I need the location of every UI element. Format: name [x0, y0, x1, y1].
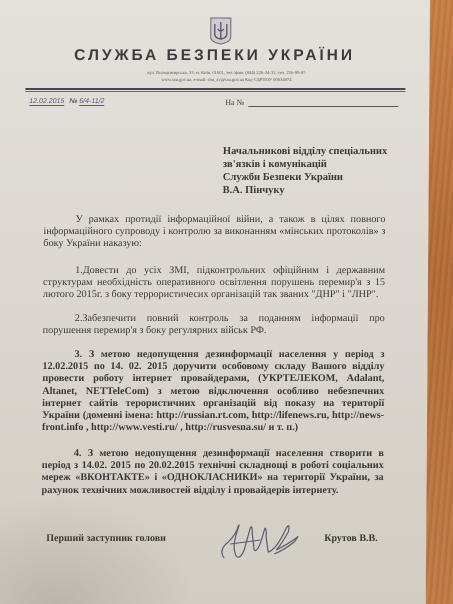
- reference-label: На №: [225, 98, 244, 107]
- signatory-position: Перший заступник голови: [46, 533, 166, 544]
- letter-page: СЛУЖБА БЕЗПЕКИ УКРАЇНИ вул. Володимирськ…: [0, 0, 430, 604]
- contact-line-2: www.ssu.gov.ua, e-mail: sbu_zv@ssu.gov.u…: [0, 76, 453, 83]
- organization-title: СЛУЖБА БЕЗПЕКИ УКРАЇНИ: [0, 47, 430, 65]
- registration-number: 6/4-11/2: [79, 98, 104, 106]
- reference-blank-line: [248, 98, 398, 107]
- item-3: 3. З метою недопущення дезинформації нас…: [42, 349, 385, 434]
- item-4: 4. З метою недопущення дезинформації нас…: [42, 448, 384, 497]
- signatory-name: Крутов В.В.: [324, 533, 378, 544]
- handwritten-signature-icon: [216, 520, 306, 562]
- item-text: Довести до усіх ЗМІ, підконтрольних офіц…: [43, 265, 385, 300]
- header-divider: [25, 88, 405, 90]
- item-number: 2.: [75, 313, 83, 324]
- trident-emblem-icon: [210, 17, 232, 45]
- registration-line: 12.02.2015 № 6/4-11/2: [29, 98, 107, 105]
- registration-number-prefix: №: [69, 98, 77, 105]
- item-text: Забезпечити повний контроль за поданням …: [43, 313, 385, 336]
- contact-line-1: вул. Володимирська, 33, м. Київ, 01601, …: [0, 69, 453, 76]
- addressee-line: Начальникові відділу спеціальних: [223, 145, 387, 158]
- addressee-line: зв'язків і комунікацій: [223, 158, 387, 171]
- item-text: З метою недопущення дезинформації населе…: [42, 448, 384, 496]
- item-number: 4.: [74, 448, 82, 459]
- item-number: 1.: [75, 265, 83, 276]
- addressee-block: Начальникові відділу спеціальних зв'язкі…: [223, 145, 388, 197]
- intro-paragraph: У рамках протидії інформаційної війни, а…: [43, 214, 385, 251]
- item-text: З метою недопущення дезинформації населе…: [42, 349, 385, 433]
- reference-number-field: На №: [225, 98, 398, 107]
- item-number: 3.: [74, 349, 82, 360]
- header-divider-thin: [25, 91, 405, 92]
- item-1: 1.Довести до усіх ЗМІ, підконтрольних оф…: [43, 265, 385, 302]
- addressee-line: Служби Безпеки України: [223, 171, 387, 184]
- addressee-line: В.А. Пінчуку: [223, 184, 387, 197]
- item-2: 2.Забезпечити повний контроль за подання…: [43, 313, 385, 337]
- contact-info: вул. Володимирська, 33, м. Київ, 01601, …: [0, 69, 453, 83]
- registration-date: 12.02.2015: [29, 98, 64, 106]
